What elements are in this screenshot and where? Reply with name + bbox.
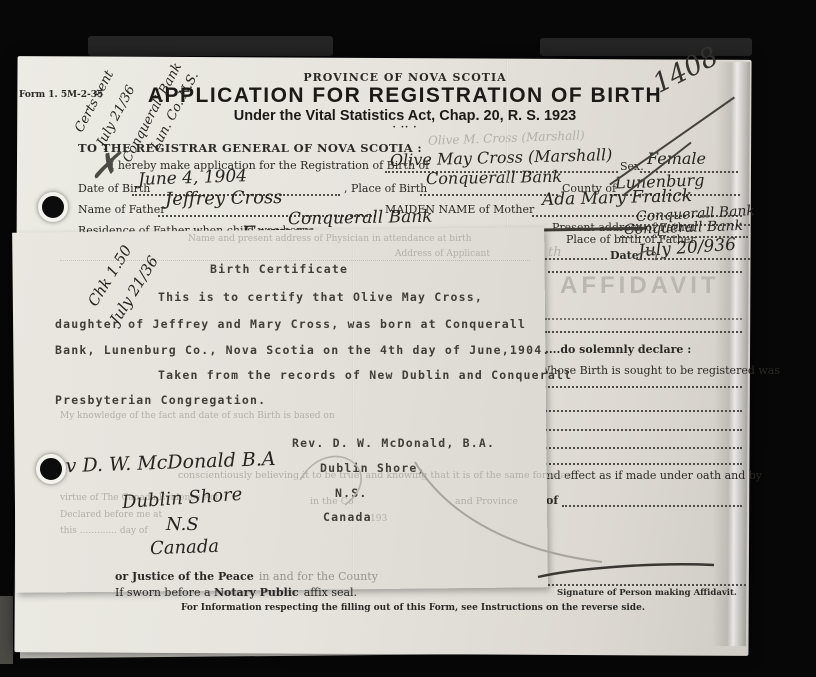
faded-handwriting-tail: th (548, 245, 562, 260)
place-of-birth-value: Conquerall Bank (426, 167, 562, 188)
certificate-title: Birth Certificate (210, 262, 348, 276)
certificate-line3: Bank, Lunenburg Co., Nova Scotia on the … (55, 343, 551, 357)
footer-instructions: For Information respecting the filling o… (168, 603, 658, 613)
hw-signature-country: Canada (150, 536, 220, 559)
certificate-signature-country: Canada (323, 510, 372, 524)
binder-tab-right (540, 38, 752, 56)
punch-hole-bottom (36, 454, 66, 484)
page-corner-sliver (0, 596, 13, 664)
date-of-birth-value: June 4, 1904 (138, 166, 248, 190)
affidavit-watermark: AFFIDAVIT (560, 272, 720, 300)
faint-knowledge-line: My knowledge of the fact and date of suc… (60, 411, 335, 421)
header-divider: · ·· · (375, 123, 435, 133)
header-subtitle: Under the Vital Statistics Act, Chap. 20… (170, 108, 640, 124)
paper-right-edge (712, 62, 750, 646)
page-title: APPLICATION FOR REGISTRATION OF BIRTH (120, 84, 690, 108)
punch-hole-top (38, 192, 68, 222)
faint-applicant-address: Address of Applicant (395, 249, 490, 259)
certificate-line4: Taken from the records of New Dublin and… (158, 368, 572, 382)
solemnly-declare-line: ....do solemnly declare : (545, 343, 691, 356)
father-name-value: Jeffrey Cross (165, 187, 283, 210)
father-name-label: Name of Father (78, 203, 166, 216)
paper-crease (506, 60, 509, 230)
place-of-birth-label: , Place of Birth (344, 182, 427, 195)
scanned-document: Form 1. 5M-2-35 PROVINCE OF NOVA SCOTIA … (0, 0, 816, 677)
oath-effect-line: and effect as if made under oath and by (540, 469, 762, 482)
signature-caption: Signature of Person making Affidavit. (557, 588, 737, 598)
header-province: PROVINCE OF NOVA SCOTIA (230, 71, 580, 84)
notary-line-post: affix seal. (304, 586, 357, 599)
faint-day-of-line: this ............. day of (60, 526, 148, 536)
date-field-label: Date (610, 249, 639, 262)
certificate-line1: This is to certify that Olive May Cross, (158, 290, 483, 304)
faint-physician-line: Name and present address of Physician in… (188, 234, 472, 244)
faint-province-line: and Province (455, 496, 518, 507)
notary-line-pre: If sworn before a (115, 586, 214, 599)
binder-tab-left (88, 36, 333, 56)
certificate-signature-province: N.S. (335, 486, 368, 500)
faint-year-193: 193 (370, 514, 387, 524)
x-mark: ✗ (90, 146, 120, 187)
certificate-signature-name: Rev. D. W. McDonald, B.A. (292, 436, 495, 450)
certificate-line5: Presbyterian Congregation. (55, 393, 266, 407)
certificate-signature-place: Dublin Shore, (320, 461, 426, 475)
whose-birth-line: Whose Birth is sought to be registered w… (539, 364, 780, 377)
hw-signature-province: N.S (166, 514, 199, 535)
notary-line-bold: Notary Public (214, 586, 299, 599)
of-label: of (546, 494, 558, 507)
birth-certificate-paper (12, 227, 548, 593)
